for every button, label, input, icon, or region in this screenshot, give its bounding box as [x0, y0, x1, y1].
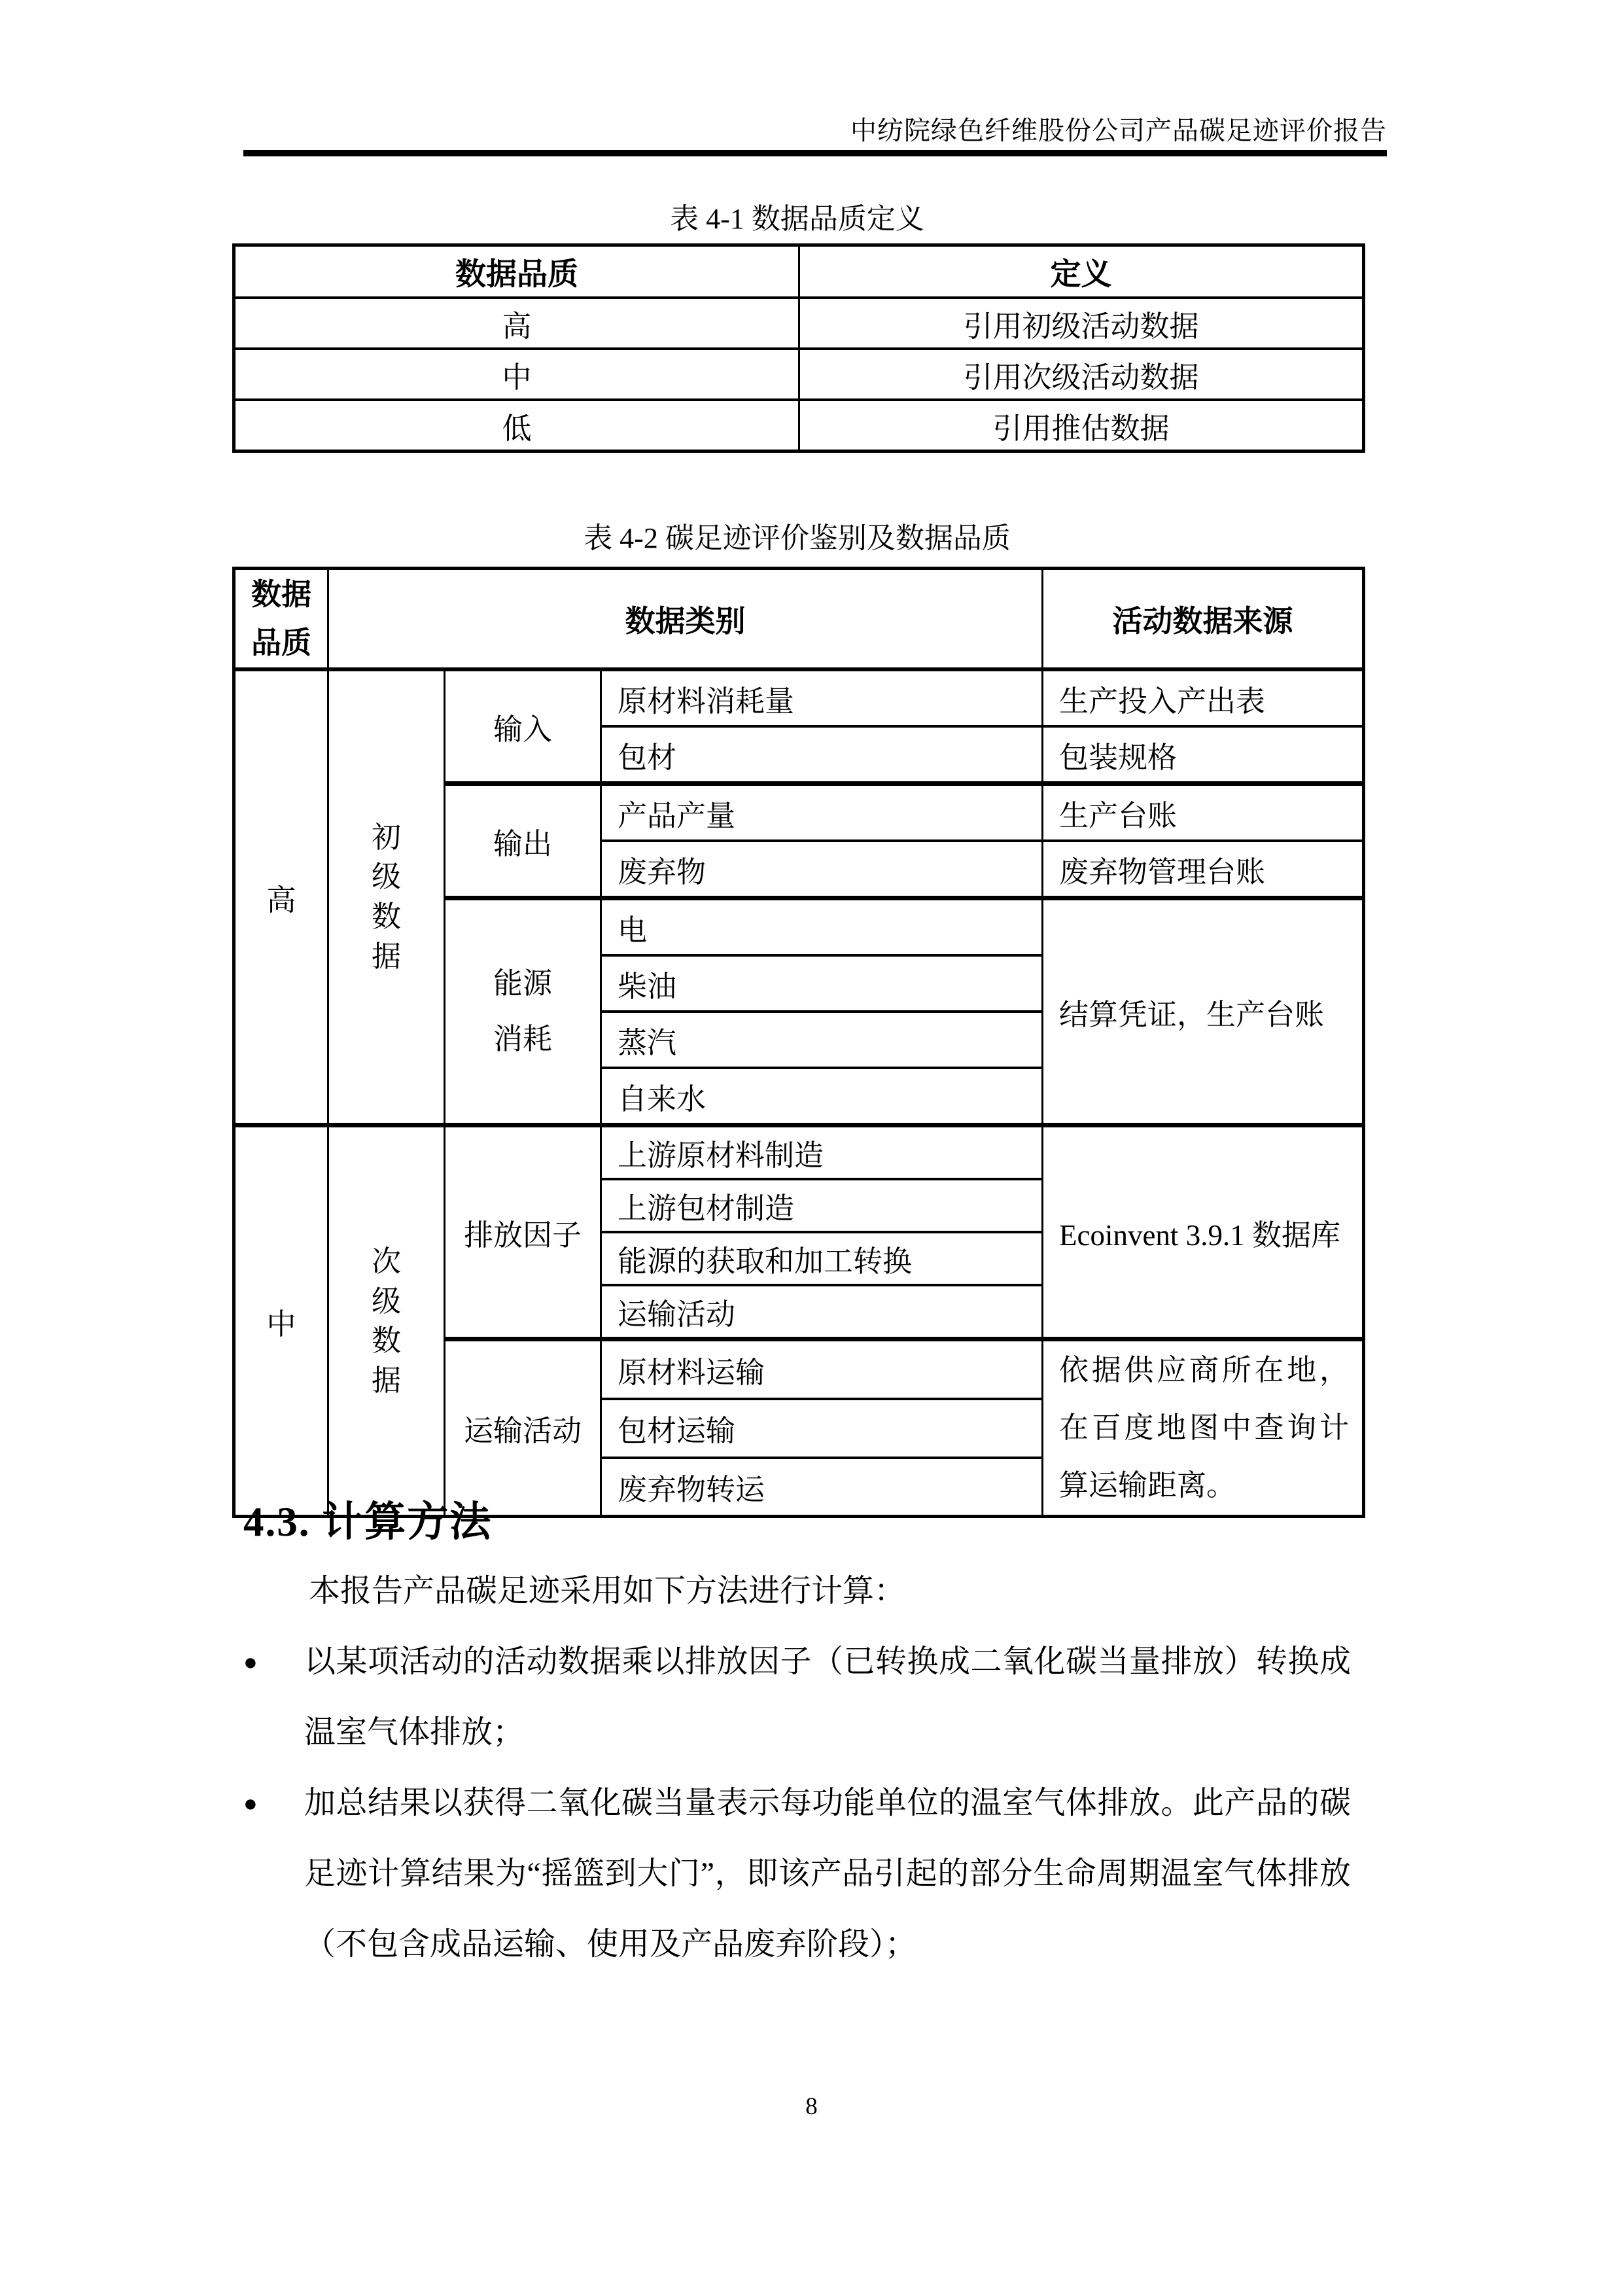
col-header-quality: 数据品质 [234, 245, 799, 298]
cell-quality-mid: 中 [234, 1125, 328, 1517]
col-header-quality: 数据品质 [234, 569, 328, 670]
page-number: 8 [0, 2093, 1623, 2121]
cell-item: 原材料消耗量 [601, 669, 1043, 726]
cell-quality-high: 高 [234, 669, 328, 1125]
table-row: 中 引用次级活动数据 [234, 349, 1364, 400]
cell-level-secondary: 次级数据 [328, 1125, 445, 1517]
cell-group-output: 输出 [445, 784, 601, 898]
cell-item: 电 [601, 898, 1043, 956]
cell-item: 产品产量 [601, 784, 1043, 841]
list-item: ● 以某项活动的活动数据乘以排放因子（已转换成二氧化碳当量排放）转换成温室气体排… [243, 1627, 1377, 1768]
cell-item: 废弃物 [601, 841, 1043, 898]
table-row: 低 引用推估数据 [234, 400, 1364, 451]
cell-quality: 高 [234, 298, 799, 349]
cell-item: 柴油 [601, 955, 1043, 1012]
table-row: 高 引用初级活动数据 [234, 298, 1364, 349]
document-page: 中纺院绿色纤维股份公司产品碳足迹评价报告 表 4-1 数据品质定义 数据品质 定… [0, 0, 1623, 2296]
cell-item: 运输活动 [601, 1285, 1043, 1339]
col-header-category: 数据类别 [328, 569, 1043, 670]
cell-item: 上游原材料制造 [601, 1125, 1043, 1180]
cell-source: 依据供应商所在地，在百度地图中查询计算运输距离。 [1043, 1339, 1364, 1517]
cell-item: 能源的获取和加工转换 [601, 1232, 1043, 1285]
table-row: 中 次级数据 排放因子 上游原材料制造 Ecoinvent 3.9.1 数据库 [234, 1125, 1364, 1180]
cell-quality: 低 [234, 400, 799, 451]
running-header-title: 中纺院绿色纤维股份公司产品碳足迹评价报告 [243, 110, 1387, 147]
cell-source: 废弃物管理台账 [1043, 841, 1364, 898]
cell-item: 原材料运输 [601, 1339, 1043, 1399]
section-body: 本报告产品碳足迹采用如下方法进行计算： ● 以某项活动的活动数据乘以排放因子（已… [243, 1556, 1377, 1980]
cell-level-primary: 初级数据 [328, 669, 445, 1125]
table2-caption: 表 4-2 碳足迹评价鉴别及数据品质 [232, 514, 1362, 556]
bullet-icon: ● [243, 1627, 304, 1697]
col-header-source: 活动数据来源 [1043, 569, 1364, 670]
cell-definition: 引用次级活动数据 [799, 349, 1364, 400]
cell-item: 上游包材制造 [601, 1179, 1043, 1232]
bullet-icon: ● [243, 1768, 304, 1839]
cell-group-input: 输入 [445, 669, 601, 784]
cell-definition: 引用推估数据 [799, 400, 1364, 451]
cell-group-emission-factor: 排放因子 [445, 1125, 601, 1339]
cell-definition: 引用初级活动数据 [799, 298, 1364, 349]
table-footprint-identification: 数据品质 数据类别 活动数据来源 高 初级数据 输入 原材料消耗量 生产投入产出… [232, 567, 1365, 1518]
cell-item: 包材运输 [601, 1399, 1043, 1458]
cell-source: Ecoinvent 3.9.1 数据库 [1043, 1125, 1364, 1339]
section-intro: 本报告产品碳足迹采用如下方法进行计算： [243, 1556, 1377, 1627]
table-row: 高 初级数据 输入 原材料消耗量 生产投入产出表 [234, 669, 1364, 726]
cell-item: 自来水 [601, 1068, 1043, 1125]
cell-group-energy: 能源消耗 [445, 898, 601, 1125]
header-rule [243, 150, 1387, 156]
cell-source: 生产投入产出表 [1043, 669, 1364, 726]
bullet-text: 加总结果以获得二氧化碳当量表示每功能单位的温室气体排放。此产品的碳足迹计算结果为… [304, 1768, 1351, 1980]
cell-item: 废弃物转运 [601, 1458, 1043, 1517]
table-row: 数据品质 数据类别 活动数据来源 [234, 569, 1364, 670]
section-heading: 4.3. 计算方法 [243, 1489, 492, 1548]
list-item: ● 加总结果以获得二氧化碳当量表示每功能单位的温室气体排放。此产品的碳足迹计算结… [243, 1768, 1377, 1980]
cell-item: 包材 [601, 726, 1043, 784]
table-data-quality-definition: 数据品质 定义 高 引用初级活动数据 中 引用次级活动数据 低 引用推估数据 [232, 243, 1365, 453]
col-header-definition: 定义 [799, 245, 1364, 298]
cell-source: 生产台账 [1043, 784, 1364, 841]
table1-caption: 表 4-1 数据品质定义 [232, 195, 1362, 237]
cell-quality: 中 [234, 349, 799, 400]
table-row: 数据品质 定义 [234, 245, 1364, 298]
cell-source: 包装规格 [1043, 726, 1364, 784]
cell-source: 结算凭证，生产台账 [1043, 898, 1364, 1125]
bullet-text: 以某项活动的活动数据乘以排放因子（已转换成二氧化碳当量排放）转换成温室气体排放； [304, 1627, 1351, 1768]
cell-item: 蒸汽 [601, 1012, 1043, 1068]
